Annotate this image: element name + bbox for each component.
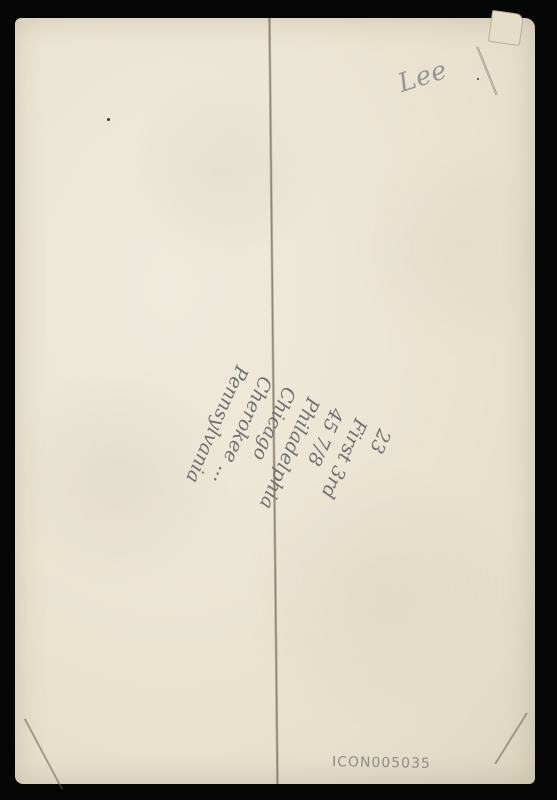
ink-speck — [107, 118, 110, 121]
ink-speck — [477, 78, 479, 80]
folded-corner-tab — [488, 10, 524, 46]
catalog-number: ICON005035 — [332, 754, 431, 772]
